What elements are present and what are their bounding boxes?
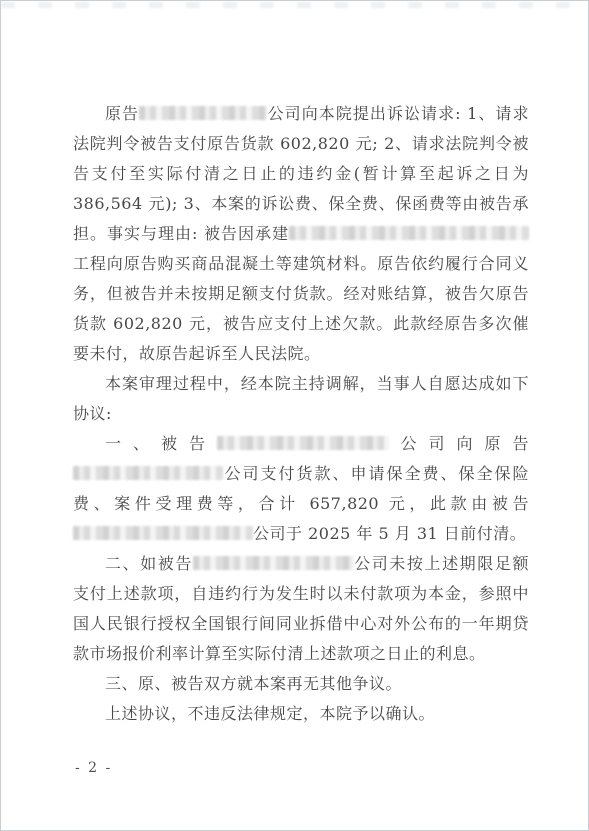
redacted-text — [217, 436, 389, 450]
paragraph: 上述协议，不违反法律规定，本院予以确认。 — [73, 699, 529, 729]
redacted-text — [73, 526, 253, 540]
scan-noise-artifact — [1, 2, 588, 8]
paragraph: 一、被告公司向原告公司支付货款、申请保全费、保全保险费、案件受理费等，合计 65… — [73, 429, 529, 549]
page-number: - 2 - — [75, 759, 112, 777]
redacted-text — [139, 106, 267, 120]
scanned-court-document-page: 原告公司向本院提出诉讼请求: 1、请求法院判令被告支付原告货款 602,820 … — [0, 0, 589, 831]
redacted-text — [73, 466, 223, 480]
redacted-text — [289, 226, 529, 240]
paragraph: 二、如被告公司未按上述期限足额支付上述款项，自违约行为发生时以未付款项为本金，参… — [73, 549, 529, 669]
paragraph: 本案审理过程中，经本院主持调解，当事人自愿达成如下协议: — [73, 369, 529, 429]
paragraph: 原告公司向本院提出诉讼请求: 1、请求法院判令被告支付原告货款 602,820 … — [73, 99, 529, 369]
document-body: 原告公司向本院提出诉讼请求: 1、请求法院判令被告支付原告货款 602,820 … — [73, 99, 529, 729]
redacted-text — [193, 556, 353, 570]
paragraph: 三、原、被告双方就本案再无其他争议。 — [73, 669, 529, 699]
